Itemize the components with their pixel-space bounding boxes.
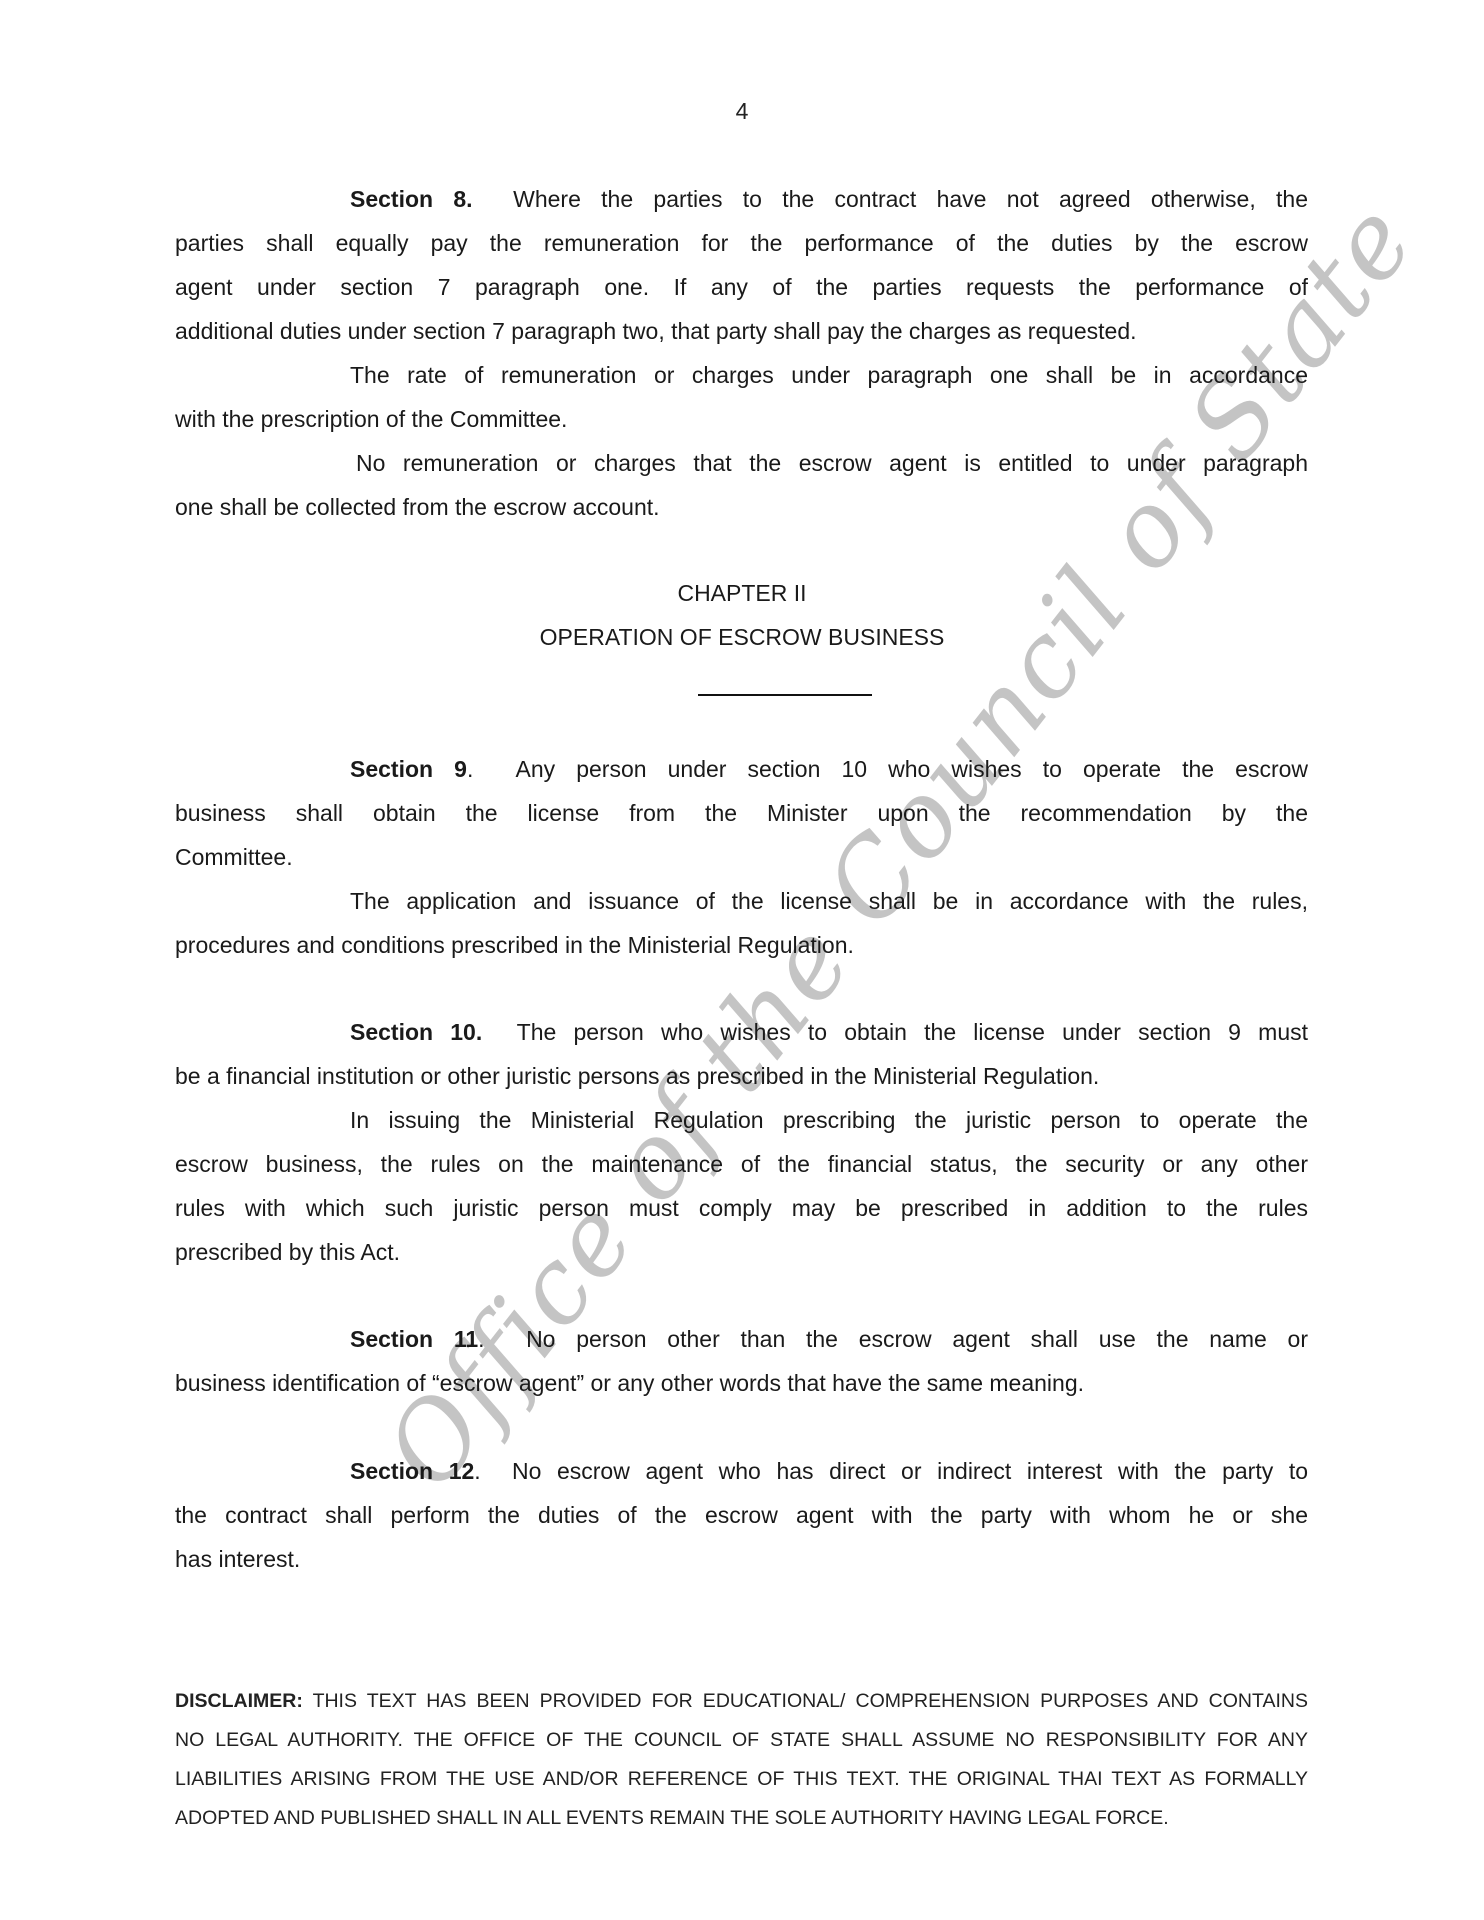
section-9-line-2: business shall obtain the license from t… (175, 798, 1308, 828)
section-10-para-2-line-1: In issuing the Ministerial Regulation pr… (350, 1105, 1308, 1135)
disclaimer-line-2: NO LEGAL AUTHORITY. THE OFFICE OF THE CO… (175, 1727, 1308, 1753)
disclaimer-line-4: ADOPTED AND PUBLISHED SHALL IN ALL EVENT… (175, 1805, 1308, 1831)
section-10-para-2-line-2: escrow business, the rules on the mainte… (175, 1149, 1308, 1179)
chapter-divider (698, 694, 872, 696)
section-9-heading: Section 9 (350, 756, 467, 782)
section-8-line-2: parties shall equally pay the remunerati… (175, 228, 1308, 258)
disclaimer-line-1: DISCLAIMER: THIS TEXT HAS BEEN PROVIDED … (175, 1688, 1308, 1714)
chapter-number: CHAPTER II (0, 578, 1484, 608)
section-9-para-2-line-2: procedures and conditions prescribed in … (175, 930, 1308, 960)
section-12-line-2: the contract shall perform the duties of… (175, 1500, 1308, 1530)
page-number: 4 (0, 96, 1484, 126)
section-8-line-4: additional duties under section 7 paragr… (175, 316, 1308, 346)
section-10-heading: Section 10. (350, 1019, 482, 1045)
section-10-para-2-line-4: prescribed by this Act. (175, 1237, 1308, 1267)
section-10-para-2-line-3: rules with which such juristic person mu… (175, 1193, 1308, 1223)
section-12-heading: Section 12 (350, 1458, 474, 1484)
section-8-line-1: Section 8. Where the parties to the cont… (350, 184, 1308, 214)
section-9-line-1: Section 9. Any person under section 10 w… (350, 754, 1308, 784)
section-9-line-3: Committee. (175, 842, 1308, 872)
disclaimer-line-3: LIABILITIES ARISING FROM THE USE AND/OR … (175, 1766, 1308, 1792)
section-11-heading: Section 11 (350, 1326, 478, 1352)
section-8-para-2-line-2: with the prescription of the Committee. (175, 404, 1308, 434)
section-12-line-1: Section 12. No escrow agent who has dire… (350, 1456, 1308, 1486)
section-8-line-3: agent under section 7 paragraph one. If … (175, 272, 1308, 302)
section-10-line-1: Section 10. The person who wishes to obt… (350, 1017, 1308, 1047)
chapter-title: OPERATION OF ESCROW BUSINESS (0, 622, 1484, 652)
section-11-line-2: business identification of “escrow agent… (175, 1368, 1308, 1398)
section-8-para-3-line-2: one shall be collected from the escrow a… (175, 492, 1308, 522)
document-page: Office of the Council of State 4 Section… (0, 0, 1484, 1920)
section-8-para-3-line-1: No remuneration or charges that the escr… (356, 448, 1308, 478)
section-10-line-2: be a financial institution or other juri… (175, 1061, 1308, 1091)
section-11-line-1: Section 11. No person other than the esc… (350, 1324, 1308, 1354)
section-12-line-3: has interest. (175, 1544, 1308, 1574)
disclaimer-label: DISCLAIMER: (175, 1690, 303, 1712)
section-8-heading: Section 8. (350, 186, 473, 212)
section-8-para-2-line-1: The rate of remuneration or charges unde… (350, 360, 1308, 390)
section-9-para-2-line-1: The application and issuance of the lice… (350, 886, 1308, 916)
